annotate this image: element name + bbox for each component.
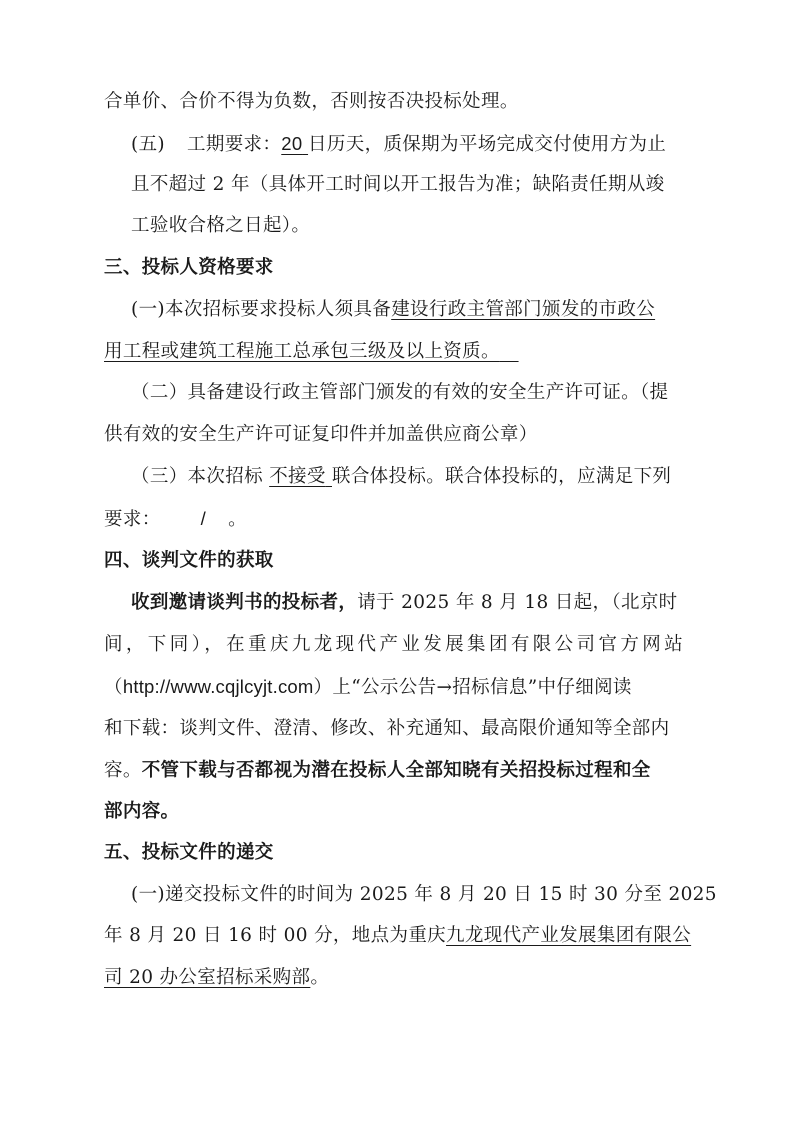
text: 且不超过 2 年（具体开工时间以开工报告为准；缺陷责任期从竣 [131,174,665,195]
text: （ [104,677,123,698]
item-3-line: （三）本次招标 不接受 联合体投标。联合体投标的，应满足下列 [131,465,692,489]
consortium-acceptance: 不接受 [269,466,332,487]
text: 年 8 月 20 日 16 时 00 分，地点为重庆 [104,925,446,946]
text: ）上“公示公告→招标信息”中仔细阅读 [314,677,632,698]
submission-location: 司 20 办公室招标采购部 [104,967,310,988]
text: （二）具备建设行政主管部门颁发的有效的安全生产许可证。（提 [131,382,668,403]
text: 供有效的安全生产许可证复印件并加盖供应商公章） [104,424,538,445]
text: 联合体投标。联合体投标的，应满足下列 [332,466,671,487]
value: / [201,508,207,529]
paragraph-line: 和下载：谈判文件、澄清、修改、补充通知、最高限价通知等全部内 [104,717,692,741]
bold-text: 不管下载与否都视为潜在投标人全部知晓有关招投标过程和全 [142,760,651,781]
item-1-line: (一)本次招标要求投标人须具备建设行政主管部门颁发的市政公 [131,298,692,322]
document-page: 合单价、合价不得为负数，否则按否决投标处理。 (五)工期要求：20 日历天，质保… [0,0,793,1122]
item-2-line: （二）具备建设行政主管部门颁发的有效的安全生产许可证。（提 [131,381,692,405]
section-heading: 三、投标人资格要求 [104,256,692,280]
text: 工验收合格之日起）。 [131,215,310,236]
item-label: (五) [131,134,165,155]
text: (一)递交投标文件的时间为 2025 年 8 月 20 日 15 时 30 分至… [131,884,717,905]
text: 。 [228,509,247,530]
website-link[interactable]: http://www.cqjlcyjt.com [123,676,314,697]
paragraph-line: 且不超过 2 年（具体开工时间以开工报告为准；缺陷责任期从竣 [131,173,692,197]
paragraph-line: 司 20 办公室招标采购部。 [104,966,692,990]
text: 。 [310,967,329,988]
paragraph-line: 合单价、合价不得为负数，否则按否决投标处理。 [104,90,692,114]
paragraph-line: 容。不管下载与否都视为潜在投标人全部知晓有关招投标过程和全 [104,759,692,783]
text: 合单价、合价不得为负数，否则按否决投标处理。 [104,91,519,112]
item-5-line: (五)工期要求：20 日历天，质保期为平场完成交付使用方为止 [131,132,692,157]
text: 要求： [104,509,161,530]
qualification-requirement: 建设行政主管部门颁发的市政公 [391,299,655,320]
paragraph-line: 年 8 月 20 日 16 时 00 分，地点为重庆九龙现代产业发展集团有限公 [104,924,692,948]
section-heading: 五、投标文件的递交 [104,841,692,865]
paragraph-line: 部内容。 [104,800,692,824]
paragraph-line: 收到邀请谈判书的投标者，请于 2025 年 8 月 18 日起，（北京时 [131,591,692,615]
text: (一)本次招标要求投标人须具备 [131,299,391,320]
paragraph-line: 供有效的安全生产许可证复印件并加盖供应商公章） [104,423,692,447]
item-text: 工期要求： [187,134,281,155]
text: 间，下同），在重庆九龙现代产业发展集团有限公司官方网站 [104,634,686,655]
bold-text: 收到邀请谈判书的投标者， [131,592,357,613]
paragraph-line: 间，下同），在重庆九龙现代产业发展集团有限公司官方网站 [104,633,692,657]
paragraph-line: 工验收合格之日起）。 [131,214,692,238]
text: 和下载：谈判文件、澄清、修改、补充通知、最高限价通知等全部内 [104,718,670,739]
submission-location: 九龙现代产业发展集团有限公 [446,925,691,946]
item-text: 日历天，质保期为平场完成交付使用方为止 [308,134,666,155]
text: 请于 2025 年 8 月 18 日起，（北京时 [357,592,677,613]
qualification-requirement: 用工程或建筑工程施工总承包三级及以上资质。 [104,341,519,362]
item-1-line: (一)递交投标文件的时间为 2025 年 8 月 20 日 15 时 30 分至… [131,883,692,907]
duration-days: 20 [281,133,308,154]
section-heading: 四、谈判文件的获取 [104,549,692,573]
text: 容。 [104,760,142,781]
paragraph-line: （http://www.cqjlcyjt.com）上“公示公告→招标信息”中仔细… [104,675,692,700]
paragraph-line: 要求：/。 [104,507,692,532]
text: （三）本次招标 [131,466,263,487]
paragraph-line: 用工程或建筑工程施工总承包三级及以上资质。 [104,340,692,364]
